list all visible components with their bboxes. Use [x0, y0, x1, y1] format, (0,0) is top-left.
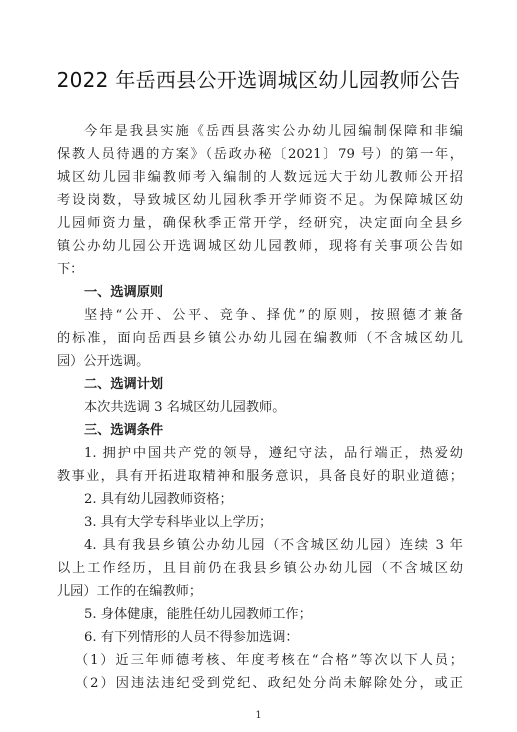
paragraph-line: 保教人员待遇的方案》（岳政办秘〔2021〕79 号）的第一年， — [57, 144, 463, 166]
paragraph-line: 儿园师资力量，确保秋季正常开学，经研究，决定面向全县乡 — [57, 213, 463, 235]
paragraph-line: 城区幼儿园非编教师考入编制的人数远远大于幼儿教师公开招 — [57, 167, 463, 189]
paragraph-line: 3. 具有大学专科毕业以上学历； — [84, 512, 463, 534]
paragraph-line: 5. 身体健康，能胜任幼儿园教师工作； — [84, 604, 463, 626]
paragraph-line: 教事业，具有开拓进取精神和服务意识，具备良好的职业道德； — [57, 466, 463, 488]
paragraph-line: 下： — [57, 259, 463, 281]
paragraph-line: 6. 有下列情形的人员不得参加选调： — [84, 627, 463, 649]
paragraph-line: （1）近三年师德考核、年度考核在“合格”等次以下人员； — [75, 650, 463, 672]
paragraph-line: （2）因违法违纪受到党纪、政纪处分尚未解除处分，或正 — [75, 673, 463, 695]
paragraph-line: 1. 拥护中国共产党的领导，遵纪守法，品行端正，热爱幼 — [84, 443, 463, 465]
paragraph-line: 儿园）工作的在编教师； — [57, 581, 463, 603]
section-heading: 三、选调条件 — [84, 420, 490, 442]
paragraph-line: 以上工作经历，且目前仍在我县乡镇公办幼儿园（不含城区幼 — [57, 558, 463, 580]
paragraph-line: 2. 具有幼儿园教师资格； — [84, 489, 463, 511]
section-heading: 二、选调计划 — [84, 374, 490, 396]
document-title: 2022 年岳西县公开选调城区幼儿园教师公告 — [0, 64, 517, 93]
paragraph-line: 坚持“公开、公平、竞争、择优”的原则，按照德才兼备 — [84, 305, 463, 327]
paragraph-line: 4. 具有我县乡镇公办幼儿园（不含城区幼儿园）连续 3 年 — [84, 535, 463, 557]
section-heading: 一、选调原则 — [84, 282, 490, 304]
paragraph-line: 今年是我县实施《岳西县落实公办幼儿园编制保障和非编 — [84, 121, 463, 143]
paragraph-line: 园）公开选调。 — [57, 351, 463, 373]
paragraph-line: 镇公办幼儿园公开选调城区幼儿园教师，现将有关事项公告如 — [57, 236, 463, 258]
page-number: 1 — [0, 710, 517, 721]
paragraph-line: 的标准，面向岳西县乡镇公办幼儿园在编教师（不含城区幼儿 — [57, 328, 463, 350]
paragraph-line: 本次共选调 3 名城区幼儿园教师。 — [84, 397, 463, 419]
paragraph-line: 考设岗数，导致城区幼儿园秋季开学师资不足。为保障城区幼 — [57, 190, 463, 212]
